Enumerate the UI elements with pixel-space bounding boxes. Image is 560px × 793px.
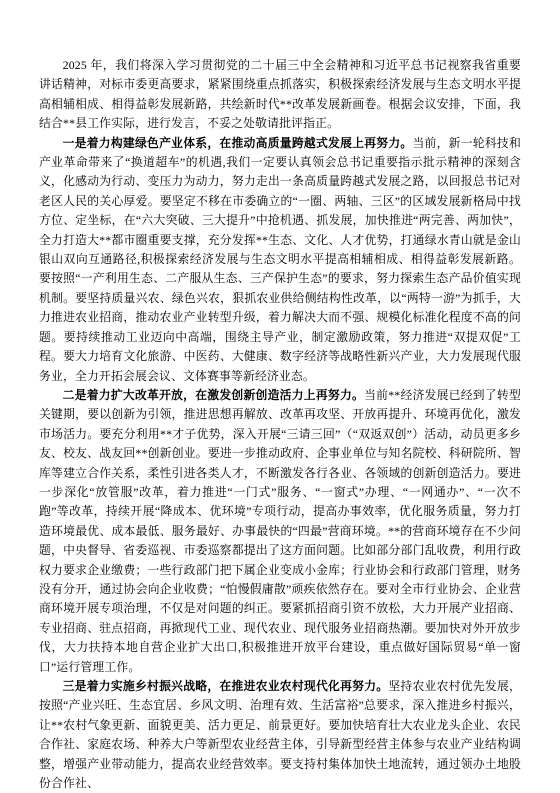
- paragraph-point-three-text: 坚持农业农村优先发展，按照“产业兴旺、生态宜居、乡风文明、治理有效、生活富裕”总…: [39, 679, 521, 790]
- paragraph-intro-text: 2025 年，我们将深入学习贯彻党的二十届三中全会精神和习近平总书记视察我省重要…: [39, 58, 521, 130]
- paragraph-point-one: 一是着力构建绿色产业体系，在推动高质量跨越式发展上再努力。当前，新一轮科技和产业…: [39, 134, 521, 386]
- paragraph-point-two-text: 当前**经济发展已经到了转型关键期，要以创新为引领，推进思想再解放、改革再攻坚、…: [39, 388, 521, 674]
- document-body: 2025 年，我们将深入学习贯彻党的二十届三中全会精神和习近平总书记视察我省重要…: [39, 56, 521, 793]
- paragraph-point-two: 二是着力扩大改革开放，在激发创新创造活力上再努力。当前**经济发展已经到了转型关…: [39, 386, 521, 677]
- paragraph-point-two-heading: 二是着力扩大改革开放，在激发创新创造活力上再努力。: [63, 388, 364, 402]
- paragraph-point-three-heading: 三是着力实施乡村振兴战略，在推进农业农村现代化再努力。: [63, 679, 389, 693]
- paragraph-intro: 2025 年，我们将深入学习贯彻党的二十届三中全会精神和习近平总书记视察我省重要…: [39, 56, 521, 134]
- paragraph-point-one-heading: 一是着力构建绿色产业体系，在推动高质量跨越式发展上再努力。: [63, 136, 413, 150]
- paragraph-point-one-text: 当前，新一轮科技和产业革命带来了“换道超车”的机遇,我们一定要认真领会总书记重要…: [39, 136, 521, 383]
- paragraph-point-three: 三是着力实施乡村振兴战略，在推进农业农村现代化再努力。坚持农业农村优先发展，按照…: [39, 677, 521, 793]
- document-page: 2025 年，我们将深入学习贯彻党的二十届三中全会精神和习近平总书记视察我省重要…: [0, 0, 560, 793]
